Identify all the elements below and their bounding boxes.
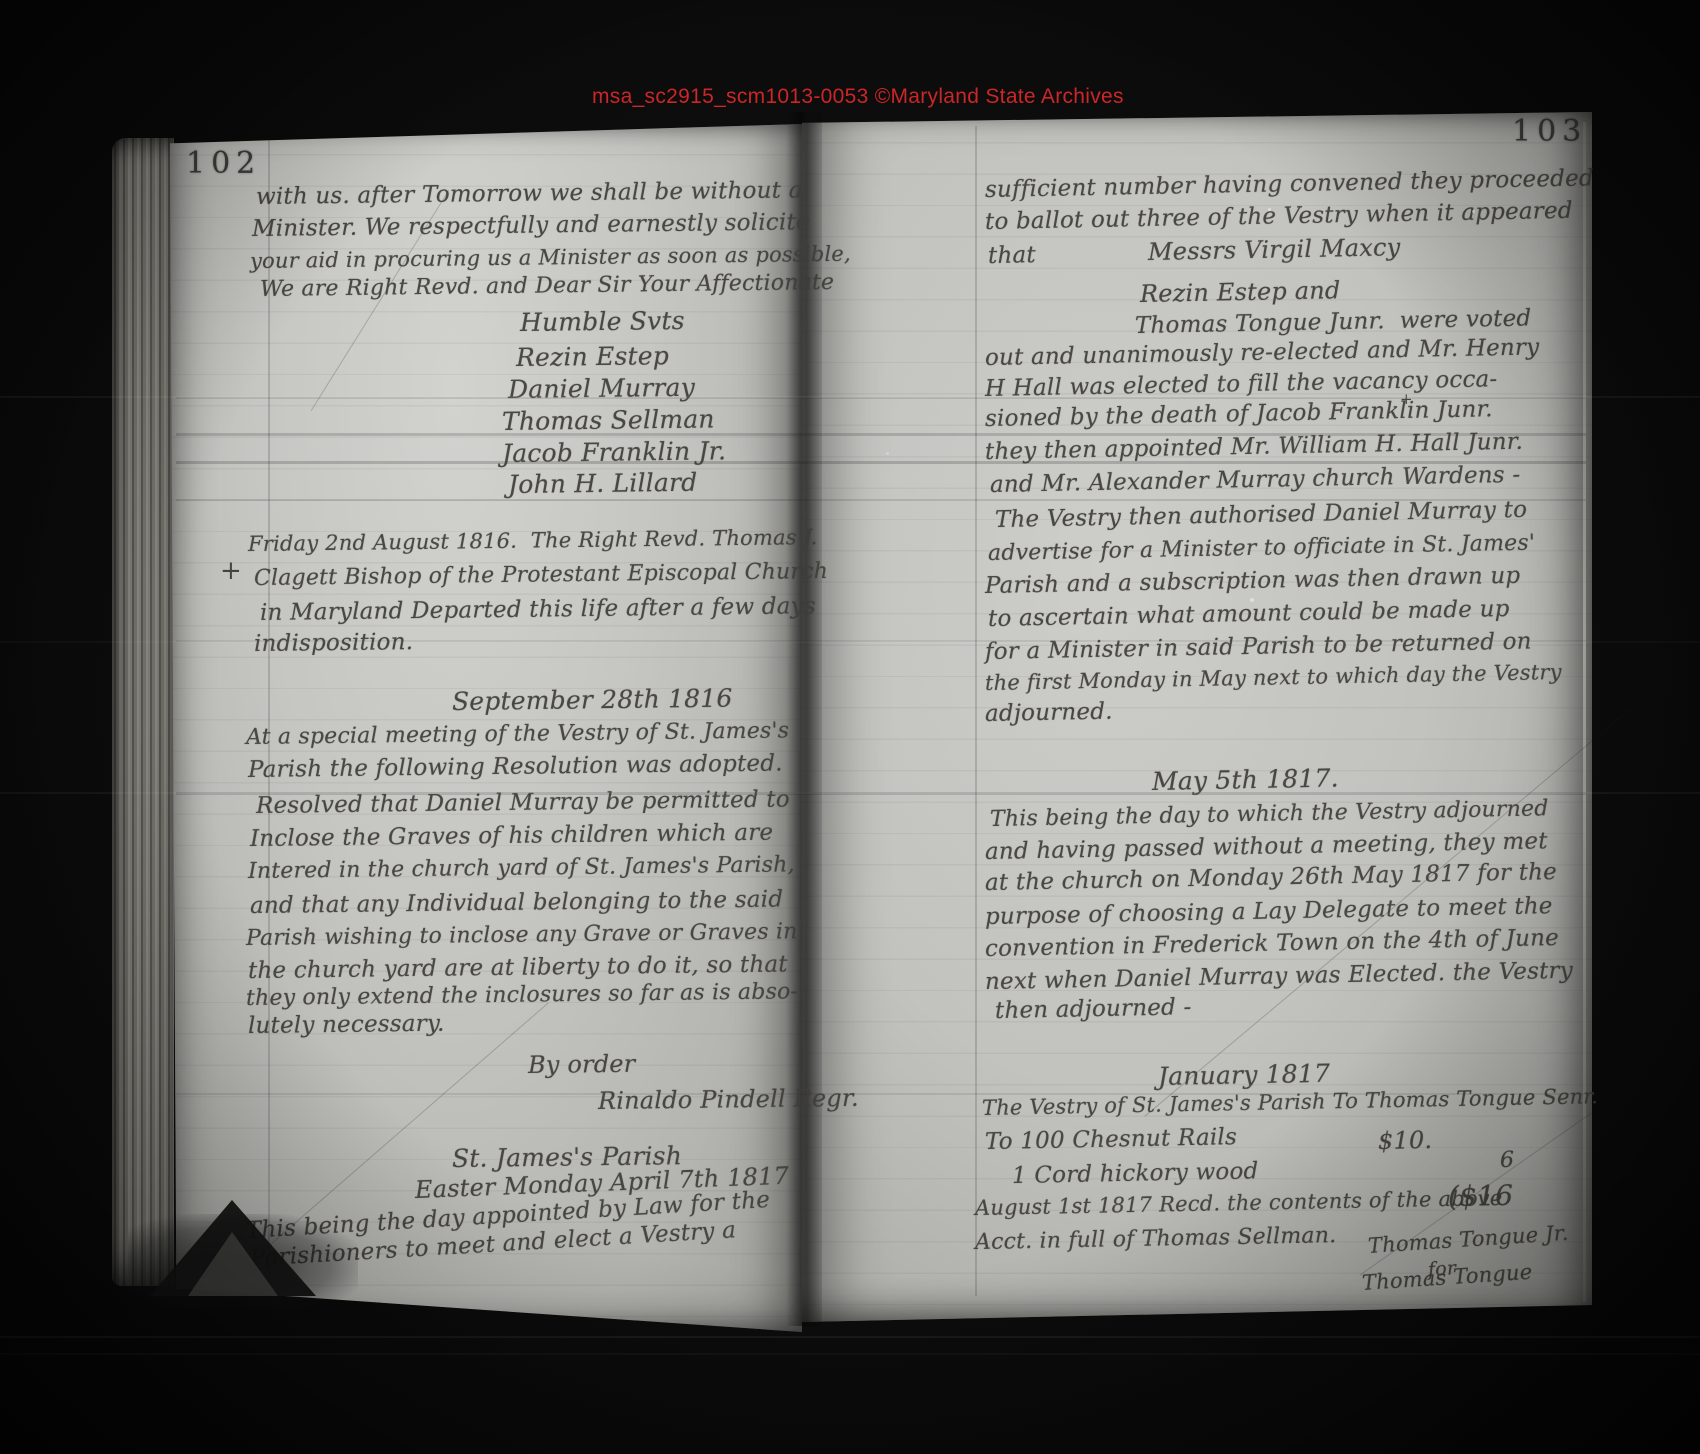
- page-number-left: 102: [186, 146, 261, 181]
- right-margin-rule: [975, 126, 977, 1296]
- manuscript-line: adjourned.: [985, 699, 1113, 727]
- dust-speck: [886, 452, 889, 455]
- manuscript-line: By order: [528, 1050, 636, 1079]
- manuscript-line: that: [988, 242, 1036, 269]
- dust-speck: [1472, 210, 1475, 213]
- page-holder-strap-gap: [188, 1232, 278, 1296]
- left-margin-rule: [268, 140, 270, 1290]
- open-ledger-book: 102 103 + + with us. after Tomorrow we s…: [0, 0, 1700, 1454]
- margin-cross-mark: +: [220, 556, 242, 586]
- page-edge-highlight: [1583, 122, 1586, 1302]
- manuscript-line: Rezin Estep and: [1140, 276, 1341, 308]
- amount-value: 6: [1500, 1148, 1515, 1173]
- manuscript-line: indisposition.: [254, 629, 413, 657]
- dust-speck: [1250, 598, 1254, 602]
- manuscript-line: Thomas Sellman: [502, 404, 715, 436]
- manuscript-line: Messrs Virgil Maxcy: [1148, 233, 1401, 266]
- manuscript-line: Jacob Franklin Jr.: [502, 436, 727, 468]
- manuscript-line: Rezin Estep: [516, 341, 669, 372]
- manuscript-line: Daniel Murray: [508, 373, 695, 404]
- dust-speck: [1268, 208, 1271, 211]
- page-number-right: 103: [1512, 114, 1587, 149]
- manuscript-line: then adjourned -: [995, 994, 1192, 1024]
- manuscript-line: Rinaldo Pindell Regr.: [598, 1084, 859, 1115]
- manuscript-line: May 5th 1817.: [1152, 763, 1339, 796]
- manuscript-line: John H. Lillard: [508, 468, 698, 499]
- manuscript-line: Humble Svts: [520, 306, 685, 337]
- watermark: msa_sc2915_scm1013-0053 ©Maryland State …: [592, 85, 1124, 109]
- amount-value: $10.: [1378, 1126, 1433, 1155]
- amount-total: ($16: [1448, 1179, 1514, 1213]
- manuscript-line: To 100 Chesnut Rails: [985, 1124, 1237, 1155]
- manuscript-line: September 28th 1816: [452, 684, 733, 716]
- page-stack-edges: [112, 138, 174, 1286]
- manuscript-line: 1 Cord hickory wood: [1012, 1158, 1259, 1189]
- manuscript-line: lutely necessary.: [248, 1011, 445, 1039]
- manuscript-line: January 1817: [1158, 1059, 1331, 1091]
- archival-photo-page: { "watermark": { "text": "msa_sc2915_scm…: [0, 0, 1700, 1454]
